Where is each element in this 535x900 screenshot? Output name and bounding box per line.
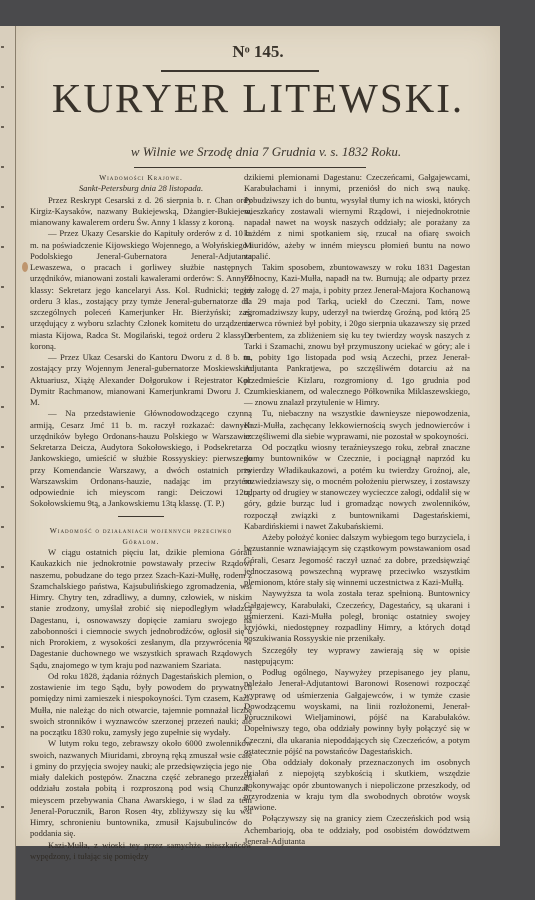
article-paragraph: Szczegóły tey wyprawy zawierają się w op… [244, 645, 470, 668]
article-paragraph: Kazi-Mułła, z wioski tey przez samychże … [30, 840, 252, 863]
article-paragraph: — Na przedstawienie Głównodowodzącego cz… [30, 408, 252, 509]
section-subheading: Sankt-Petersburg dnia 28 listopada. [30, 183, 252, 194]
dateline-rule [134, 167, 366, 168]
dateline: w Wilnie we Srzodę dnia 7 Grudnia v. s. … [56, 144, 476, 160]
article-paragraph: Podług ogólnego, Naywyżey przepisanego j… [244, 667, 470, 757]
left-column: Wiadomości Krajowe. Sankt-Petersburg dni… [30, 172, 252, 862]
article-paragraph: Oba oddziały dokonały przeznaczonych im … [244, 757, 470, 813]
masthead-rule [161, 70, 319, 72]
article-paragraph: W ciągu ostatnich pięciu lat, dzikie ple… [30, 547, 252, 671]
newspaper-title: KURYER LITEWSKI. [16, 74, 500, 122]
section-heading: Wiadomość o działaniach wojennych przeci… [30, 525, 252, 548]
paper-stain [22, 262, 28, 272]
article-paragraph: — Przez Ukazy Cesarskie do Kapituły orde… [30, 228, 252, 352]
section-heading: Wiadomości Krajowe. [30, 172, 252, 183]
article-paragraph: W lutym roku tego, zebrawszy około 6000 … [30, 738, 252, 839]
issue-number: Nᵒ 145. [16, 42, 500, 62]
article-paragraph: Połączywszy się na granicy ziem Czeczeńs… [244, 813, 470, 847]
article-paragraph: Tu, niebaczny na wszystkie dawnieysze ni… [244, 408, 470, 442]
article-paragraph: Od początku wiosny teraźnieyszego roku, … [244, 442, 470, 532]
article-paragraph: Naywyższa ta wola została teraz spełnion… [244, 588, 470, 644]
previous-page-edge [0, 26, 16, 900]
right-column: dzikiemi plemionami Dagestanu: Czeczeńca… [244, 172, 470, 847]
article-paragraph: dzikiemi plemionami Dagestanu: Czeczeńca… [244, 172, 470, 262]
article-paragraph: — Przez Ukaz Cesarski do Kantoru Dworu z… [30, 352, 252, 408]
newspaper-page: Nᵒ 145. KURYER LITEWSKI. w Wilnie we Srz… [16, 26, 500, 846]
article-paragraph: Przez Reskrypt Cesarski z d. 26 sierpnia… [30, 195, 252, 229]
article-paragraph: Od roku 1828, żądania różnych Dagestańsk… [30, 671, 252, 739]
section-separator [118, 516, 164, 517]
article-paragraph: Takim sposobem, zbuntowawszy w roku 1831… [244, 262, 470, 408]
article-paragraph: Ażeby położyć koniec dalszym wybiegom te… [244, 532, 470, 588]
